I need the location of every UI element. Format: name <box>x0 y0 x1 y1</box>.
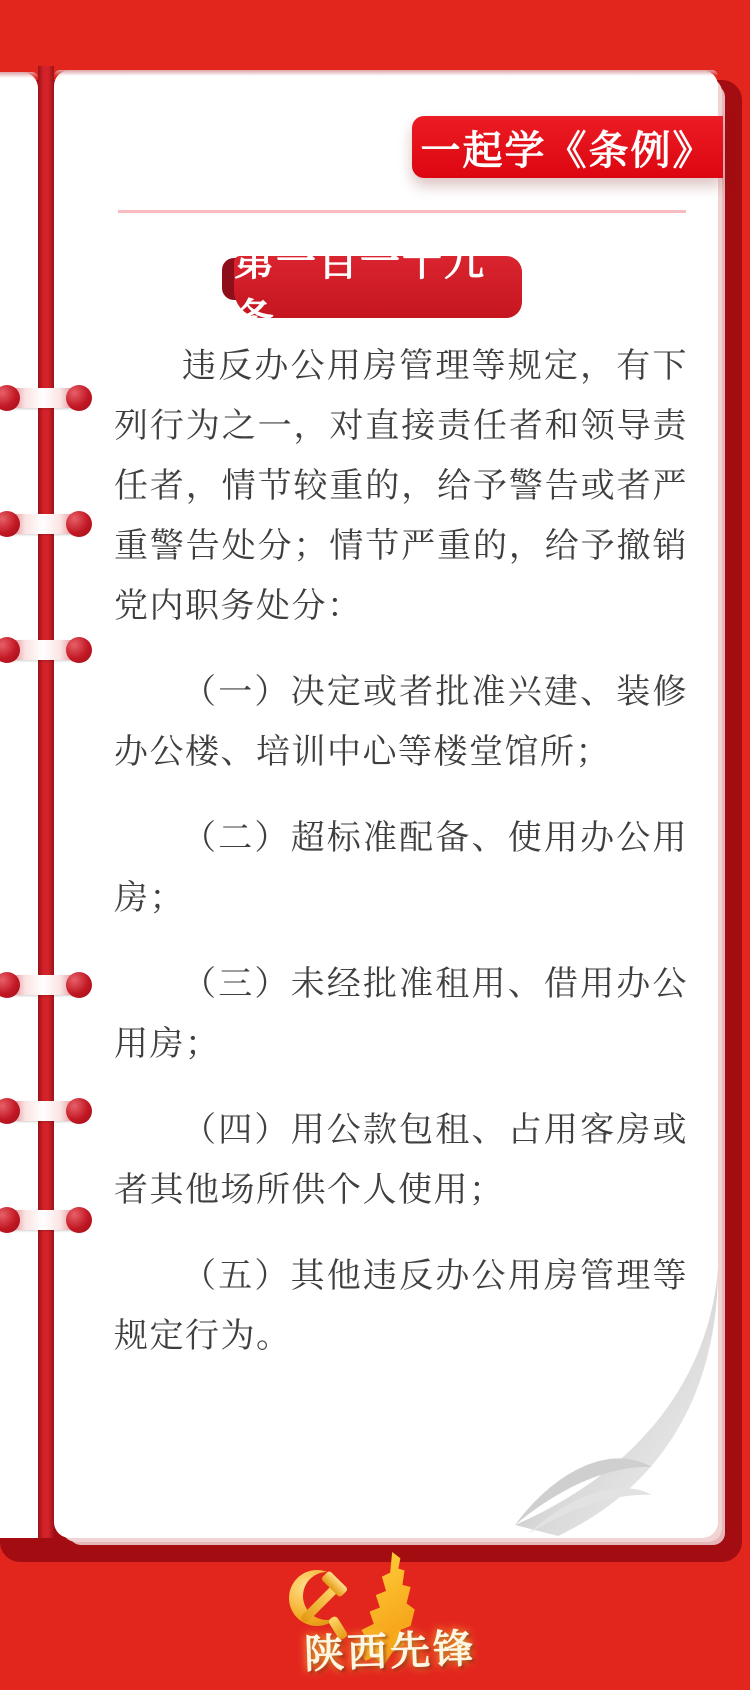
binder-ring <box>0 971 92 999</box>
article-paragraph: （二）超标准配备、使用办公用房； <box>114 808 688 928</box>
series-banner-label: 一起学《条例》 <box>421 119 715 176</box>
article-paragraph: 违反办公用房管理等规定，有下列行为之一，对直接责任者和领导责任者，情节较重的，给… <box>114 336 688 636</box>
article-paragraph: （三）未经批准租用、借用办公用房； <box>114 954 688 1074</box>
binder-ring <box>0 1097 92 1125</box>
article-paragraph: （四）用公款包租、占用客房或者其他场所供个人使用； <box>114 1100 688 1220</box>
binder-ring-end <box>66 1207 92 1233</box>
banner-divider-line <box>118 210 686 213</box>
article-paragraph: （一）决定或者批准兴建、装修办公楼、培训中心等楼堂馆所； <box>114 662 688 782</box>
binder-ring-end <box>66 385 92 411</box>
binder-ring-end <box>66 1098 92 1124</box>
article-body: 违反办公用房管理等规定，有下列行为之一，对直接责任者和领导责任者，情节较重的，给… <box>114 336 688 1392</box>
footer-logo: 陕西先锋 <box>275 1550 505 1685</box>
binder-ring <box>0 510 92 538</box>
article-number-label: 第一百一十九条 <box>234 230 522 344</box>
binder-ring <box>0 636 92 664</box>
binder-ring <box>0 384 92 412</box>
spine-gap <box>38 66 54 1538</box>
back-page-edge <box>0 72 38 1538</box>
page-curl-icon <box>480 1243 718 1538</box>
binder-ring-end <box>66 637 92 663</box>
series-banner: 一起学《条例》 <box>412 116 723 178</box>
poster-page: 一起学《条例》 第一百一十九条 违反办公用房管理等规定，有下列行为之一，对直接责… <box>0 0 750 1690</box>
binder-ring-end <box>66 972 92 998</box>
binder-ring-end <box>66 511 92 537</box>
binder-ring <box>0 1206 92 1234</box>
article-number-badge: 第一百一十九条 <box>234 256 522 318</box>
footer-logo-text: 陕西先锋 <box>274 1616 506 1681</box>
